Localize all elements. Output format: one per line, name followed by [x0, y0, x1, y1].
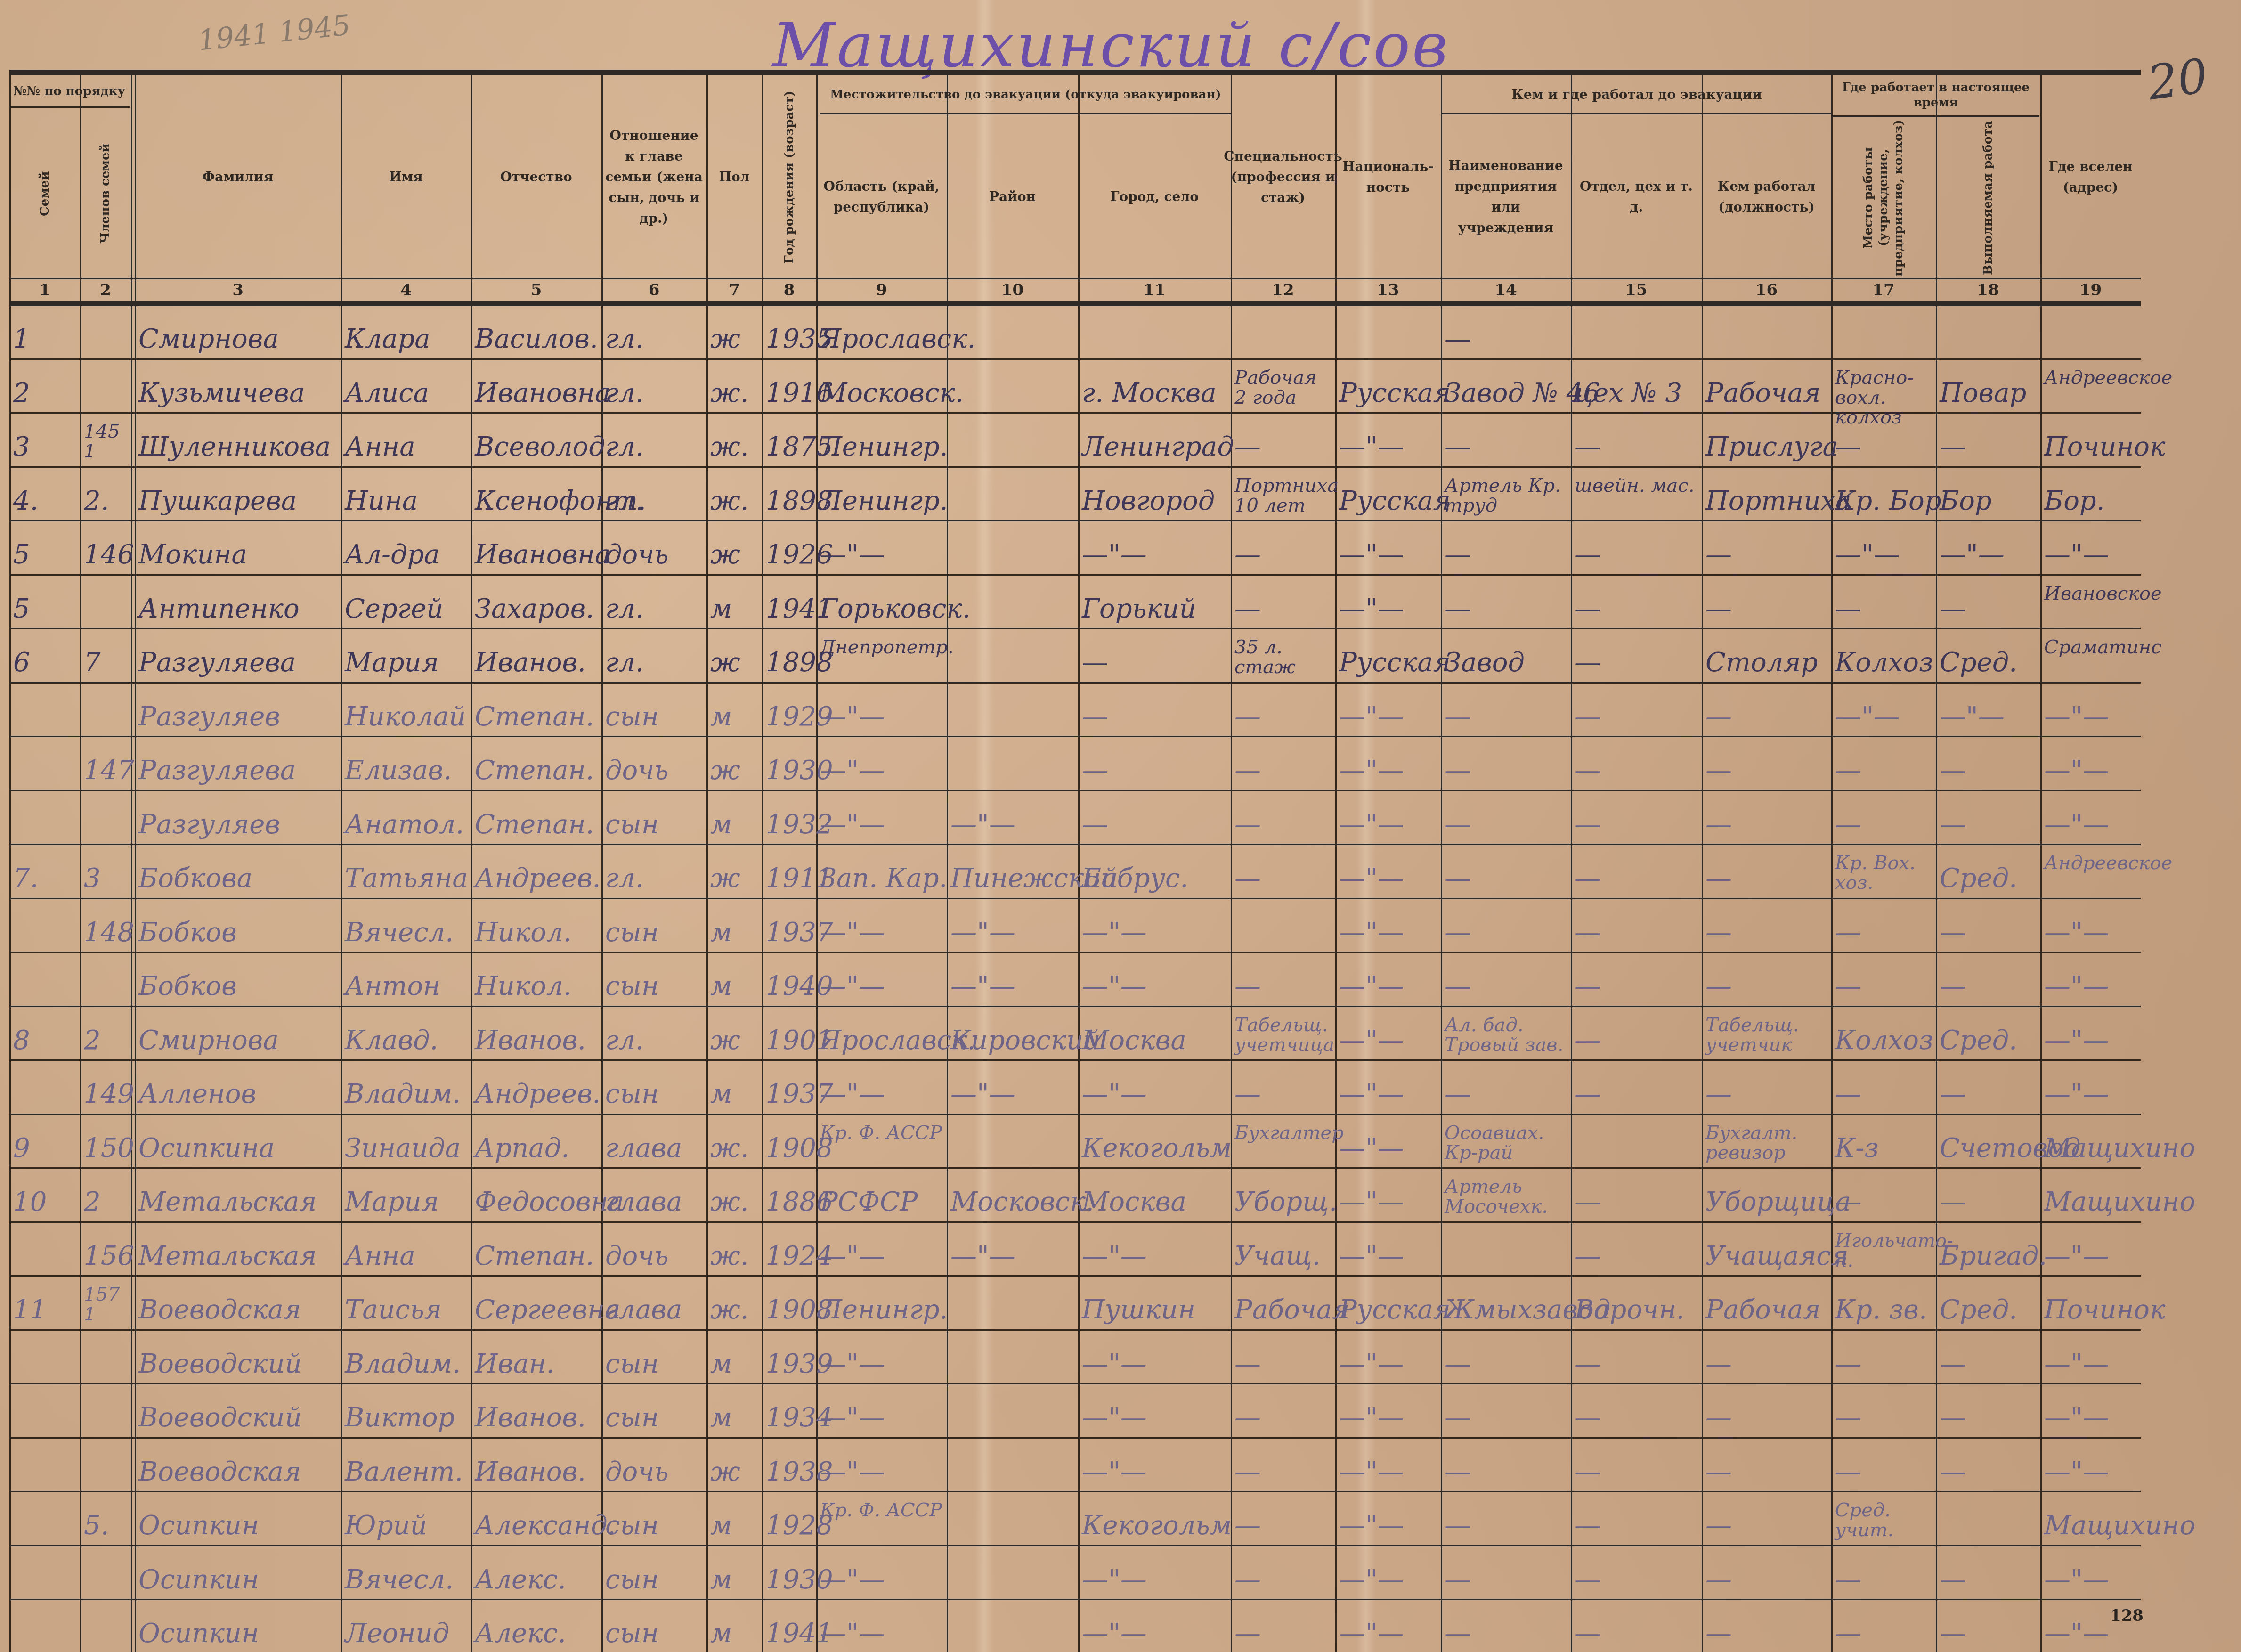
cell-col-4: Татьяна — [345, 864, 469, 893]
cell-col-11: —"— — [1082, 1080, 1229, 1108]
cell-col-3: Смирнова — [138, 1026, 339, 1055]
cell-col-4: Юрий — [345, 1512, 469, 1540]
column-header-6: Отношение к главе семьи (жена сын, дочь … — [603, 76, 705, 278]
cell-col-11: — — [1082, 757, 1229, 785]
column-number-14: 14 — [1441, 281, 1571, 300]
cell-col-7: м — [710, 1566, 760, 1594]
cell-col-12: — — [1234, 864, 1333, 893]
cell-col-8: 1941 — [766, 595, 814, 623]
cell-col-2: 150 — [84, 1134, 129, 1163]
cell-col-15: — — [1575, 811, 1700, 839]
column-rule — [1441, 75, 1442, 1652]
cell-col-16: Рабочая — [1705, 1296, 1829, 1324]
cell-col-12: — — [1234, 757, 1333, 785]
cell-col-13: —"— — [1339, 1566, 1439, 1594]
cell-col-4: Ал-дра — [345, 541, 469, 569]
cell-col-6: сын — [605, 811, 705, 839]
cell-col-16: — — [1705, 972, 1829, 1001]
cell-col-14: — — [1445, 325, 1569, 353]
row-rule — [9, 1545, 2141, 1546]
cell-col-13: —"— — [1339, 919, 1439, 947]
cell-col-4: Анна — [345, 433, 469, 461]
column-header-13: Националь-ность — [1337, 76, 1439, 278]
cell-col-16: — — [1705, 1404, 1829, 1432]
cell-col-16: Прислуга — [1705, 433, 1829, 461]
cell-col-7: ж. — [710, 433, 760, 461]
cell-col-11: — — [1082, 649, 1229, 677]
column-number-4: 4 — [341, 281, 471, 300]
cell-col-14: — — [1445, 864, 1569, 893]
row-rule — [9, 1006, 2141, 1007]
cell-col-4: Виктор — [345, 1404, 469, 1432]
cell-col-16: — — [1705, 1512, 1829, 1540]
column-header-2: Членов семей — [82, 109, 129, 278]
cell-col-16: — — [1705, 1080, 1829, 1108]
cell-col-8: 1924 — [766, 1242, 814, 1270]
cell-col-6: сын — [605, 1566, 705, 1594]
cell-col-15: — — [1575, 1566, 1700, 1594]
cell-col-18: — — [1940, 1566, 2038, 1594]
cell-col-4: Клавд. — [345, 1026, 469, 1055]
cell-col-16: — — [1705, 919, 1829, 947]
cell-col-11: —"— — [1082, 1350, 1229, 1378]
row-rule — [9, 682, 2141, 684]
cell-col-4: Елизав. — [345, 757, 469, 785]
cell-col-3: Разгуляев — [138, 811, 339, 839]
cell-col-13: —"— — [1339, 1512, 1439, 1540]
cell-col-7: ж — [710, 757, 760, 785]
column-number-16: 16 — [1702, 281, 1831, 300]
cell-col-2: 148 — [84, 919, 129, 947]
cell-col-1: 5 — [13, 541, 78, 569]
cell-col-2: 146 — [84, 541, 129, 569]
cell-col-18: Сред. — [1940, 1296, 2038, 1324]
cell-col-2: 157 1 — [84, 1285, 129, 1324]
cell-col-3: Пушкарева — [138, 487, 339, 515]
cell-col-4: Анатол. — [345, 811, 469, 839]
cell-col-3: Осипкин — [138, 1512, 339, 1540]
cell-col-5: Андреев. — [475, 864, 600, 893]
column-number-8: 8 — [762, 281, 816, 300]
cell-col-5: Степан. — [475, 757, 600, 785]
cell-col-15: — — [1575, 919, 1700, 947]
cell-col-9: —"— — [820, 919, 945, 947]
column-rule — [471, 75, 472, 1652]
cell-col-17: Сред. учит. — [1835, 1500, 1934, 1540]
column-header-1: Семей — [11, 109, 78, 278]
cell-col-12: — — [1234, 595, 1333, 623]
row-rule — [9, 1329, 2141, 1331]
cell-col-7: м — [710, 703, 760, 731]
cell-col-15: цех № 3 — [1575, 379, 1700, 407]
cell-col-17: — — [1835, 595, 1934, 623]
cell-col-18: — — [1940, 1080, 2038, 1108]
cell-col-16: Учащаяся — [1705, 1242, 1829, 1270]
cell-col-13: —"— — [1339, 864, 1439, 893]
row-rule — [9, 736, 2141, 737]
cell-col-13: —"— — [1339, 1458, 1439, 1486]
cell-col-17: — — [1835, 1350, 1934, 1378]
column-header-7: Пол — [708, 76, 760, 278]
cell-col-17: Кр. Вох. хоз. — [1835, 853, 1934, 893]
cell-col-8: 1929 — [766, 703, 814, 731]
cell-col-6: гл. — [605, 325, 705, 353]
cell-col-6: сын — [605, 972, 705, 1001]
cell-col-6: сын — [605, 1512, 705, 1540]
column-number-17: 17 — [1831, 281, 1936, 300]
column-rule — [1335, 75, 1337, 1652]
cell-col-17: —"— — [1835, 703, 1934, 731]
cell-col-7: ж — [710, 649, 760, 677]
header-group-numbering: №№ по порядку — [9, 76, 130, 106]
cell-col-9: —"— — [820, 1350, 945, 1378]
cell-col-18: — — [1940, 811, 2038, 839]
cell-col-4: Зинаида — [345, 1134, 469, 1163]
cell-col-18: — — [1940, 1458, 2038, 1486]
cell-col-19: —"— — [2044, 919, 2139, 947]
cell-col-13: Русская — [1339, 379, 1439, 407]
cell-col-18: Счетовод — [1940, 1134, 2038, 1163]
cell-col-11: —"— — [1082, 972, 1229, 1001]
cell-col-18: Сред. — [1940, 649, 2038, 677]
cell-col-4: Владим. — [345, 1350, 469, 1378]
cell-col-19: Бор. — [2044, 487, 2139, 515]
cell-col-1: 7. — [13, 864, 78, 893]
cell-col-15: — — [1575, 649, 1700, 677]
cell-col-12: — — [1234, 1566, 1333, 1594]
cell-col-18: Бригад. — [1940, 1242, 2038, 1270]
cell-col-11: Москва — [1082, 1026, 1229, 1055]
cell-col-10: Пинежский — [950, 864, 1076, 893]
cell-col-8: 1935 — [766, 325, 814, 353]
cell-col-14: Жмыхзавод — [1445, 1296, 1569, 1324]
cell-col-2: 2 — [84, 1188, 129, 1216]
cell-col-8: 1941 — [766, 1619, 814, 1648]
column-rule — [135, 75, 136, 1652]
cell-col-8: 1934 — [766, 1404, 814, 1432]
cell-col-7: ж. — [710, 487, 760, 515]
cell-col-9: Ярославск. — [820, 1026, 945, 1055]
pencil-note: 1941 1945 — [197, 11, 352, 55]
cell-col-7: м — [710, 1512, 760, 1540]
cell-col-4: Нина — [345, 487, 469, 515]
cell-col-17: — — [1835, 1458, 1934, 1486]
cell-col-6: дочь — [605, 1458, 705, 1486]
cell-col-14: — — [1445, 703, 1569, 731]
cell-col-17: Красно-вохл. колхоз — [1835, 368, 1934, 427]
cell-col-13: Русская — [1339, 649, 1439, 677]
cell-col-12: — — [1234, 811, 1333, 839]
column-header-18: Выполняемая работа — [1938, 118, 2038, 278]
cell-col-19: Мащихино — [2044, 1512, 2139, 1540]
cell-col-9: Зап. Кар. — [820, 864, 945, 893]
cell-col-8: 1940 — [766, 972, 814, 1001]
cell-col-8: 1898 — [766, 487, 814, 515]
cell-col-12: Рабочая — [1234, 1296, 1333, 1324]
cell-col-4: Леонид — [345, 1619, 469, 1648]
cell-col-5: Алекс. — [475, 1566, 600, 1594]
cell-col-14: Артель Мосочехк. — [1445, 1177, 1569, 1216]
row-rule — [9, 1114, 2141, 1115]
cell-col-8: 1939 — [766, 1350, 814, 1378]
cell-col-8: 1908 — [766, 1134, 814, 1163]
cell-col-11: Кекогольм — [1082, 1512, 1229, 1540]
cell-col-11: Бабрус. — [1082, 864, 1229, 893]
cell-col-12: — — [1234, 1350, 1333, 1378]
cell-col-9: —"— — [820, 703, 945, 731]
cell-col-9: —"— — [820, 811, 945, 839]
cell-col-13: —"— — [1339, 811, 1439, 839]
cell-col-4: Клара — [345, 325, 469, 353]
cell-col-19: Починок — [2044, 1296, 2139, 1324]
cell-col-9: —"— — [820, 1619, 945, 1648]
row-rule — [9, 1599, 2141, 1600]
column-rule — [2040, 75, 2042, 1652]
cell-col-10: —"— — [950, 1242, 1076, 1270]
cell-col-8: 1937 — [766, 1080, 814, 1108]
cell-col-15: — — [1575, 1188, 1700, 1216]
cell-col-18: — — [1940, 595, 2038, 623]
cell-col-15: — — [1575, 1404, 1700, 1432]
row-rule — [9, 1491, 2141, 1492]
cell-col-12: — — [1234, 1512, 1333, 1540]
column-number-15: 15 — [1571, 281, 1702, 300]
column-header-9: Область (край, республика) — [818, 116, 945, 278]
column-number-1: 1 — [9, 281, 80, 300]
cell-col-6: гл. — [605, 433, 705, 461]
cell-col-16: Портниха — [1705, 487, 1829, 515]
cell-col-15: Варочн. — [1575, 1296, 1700, 1324]
cell-col-16: Табельщ. учетчик — [1705, 1015, 1829, 1055]
cell-col-6: дочь — [605, 1242, 705, 1270]
cell-col-13: —"— — [1339, 703, 1439, 731]
cell-col-11: Новгород — [1082, 487, 1229, 515]
cell-col-5: Сергеевна — [475, 1296, 600, 1324]
cell-col-16: — — [1705, 1350, 1829, 1378]
cell-col-12: — — [1234, 541, 1333, 569]
column-rule — [9, 75, 11, 1652]
cell-col-1: 1 — [13, 325, 78, 353]
cell-col-19: —"— — [2044, 1080, 2139, 1108]
cell-col-3: Антипенко — [138, 595, 339, 623]
cell-col-4: Николай — [345, 703, 469, 731]
cell-col-13: —"— — [1339, 1242, 1439, 1270]
cell-col-16: Столяр — [1705, 649, 1829, 677]
column-number-7: 7 — [706, 281, 762, 300]
cell-col-6: гл. — [605, 487, 705, 515]
cell-col-3: Воеводский — [138, 1350, 339, 1378]
cell-col-15: — — [1575, 1512, 1700, 1540]
cell-col-9: Ленингр. — [820, 433, 945, 461]
cell-col-8: 1875 — [766, 433, 814, 461]
cell-col-4: Вячесл. — [345, 919, 469, 947]
column-header-5: Отчество — [473, 76, 600, 278]
cell-col-7: ж. — [710, 379, 760, 407]
cell-col-6: сын — [605, 919, 705, 947]
cell-col-12: Портниха 10 лет — [1234, 476, 1333, 515]
column-rule — [762, 75, 763, 1652]
cell-col-14: — — [1445, 1350, 1569, 1378]
cell-col-7: ж — [710, 541, 760, 569]
cell-col-17: — — [1835, 1566, 1934, 1594]
cell-col-6: дочь — [605, 757, 705, 785]
cell-col-9: Ленингр. — [820, 487, 945, 515]
cell-col-17: — — [1835, 1619, 1934, 1648]
row-rule — [9, 1437, 2141, 1439]
cell-col-5: Захаров. — [475, 595, 600, 623]
cell-col-10: —"— — [950, 972, 1076, 1001]
column-rule — [1831, 75, 1833, 1652]
cell-col-18: — — [1940, 757, 2038, 785]
cell-col-17: — — [1835, 811, 1934, 839]
cell-col-3: Разгуляев — [138, 703, 339, 731]
cell-col-13: —"— — [1339, 1188, 1439, 1216]
cell-col-16: Бухгалт. ревизор — [1705, 1123, 1829, 1163]
cell-col-1: 5 — [13, 595, 78, 623]
cell-col-9: Ленингр. — [820, 1296, 945, 1324]
cell-col-5: Александ. — [475, 1512, 600, 1540]
cell-col-11: —"— — [1082, 1242, 1229, 1270]
cell-col-4: Валент. — [345, 1458, 469, 1486]
cell-col-6: сын — [605, 1350, 705, 1378]
cell-col-16: — — [1705, 703, 1829, 731]
cell-col-11: —"— — [1082, 1619, 1229, 1648]
cell-col-14: Осоавиах. Кр-рай — [1445, 1123, 1569, 1163]
cell-col-2: 5. — [84, 1512, 129, 1540]
cell-col-3: Алленов — [138, 1080, 339, 1108]
cell-col-19: —"— — [2044, 1026, 2139, 1055]
cell-col-15: — — [1575, 595, 1700, 623]
cell-col-9: Московск. — [820, 379, 945, 407]
column-header-8: Год рождения (возраст) — [764, 76, 814, 278]
cell-col-1: 6 — [13, 649, 78, 677]
cell-col-8: 1886 — [766, 1188, 814, 1216]
cell-col-7: ж — [710, 325, 760, 353]
cell-col-10: —"— — [950, 811, 1076, 839]
cell-col-14: — — [1445, 972, 1569, 1001]
cell-col-4: Сергей — [345, 595, 469, 623]
cell-col-14: — — [1445, 919, 1569, 947]
cell-col-5: Алекс. — [475, 1619, 600, 1648]
column-rule — [341, 75, 342, 1652]
cell-col-9: РСФСР — [820, 1188, 945, 1216]
cell-col-7: м — [710, 1404, 760, 1432]
row-rule — [9, 358, 2141, 360]
cell-col-14: — — [1445, 1404, 1569, 1432]
cell-col-7: ж — [710, 1458, 760, 1486]
cell-col-2: 2 — [84, 1026, 129, 1055]
column-rule — [131, 75, 132, 1652]
cell-col-11: —"— — [1082, 1404, 1229, 1432]
cell-col-9: —"— — [820, 757, 945, 785]
cell-col-11: г. Москва — [1082, 379, 1229, 407]
cell-col-15: — — [1575, 1080, 1700, 1108]
cell-col-14: — — [1445, 1566, 1569, 1594]
cell-col-6: глава — [605, 1188, 705, 1216]
column-rule — [601, 75, 603, 1652]
column-number-2: 2 — [80, 281, 131, 300]
cell-col-19: —"— — [2044, 1458, 2139, 1486]
header-rule — [9, 106, 130, 108]
cell-col-9: —"— — [820, 1458, 945, 1486]
cell-col-7: ж — [710, 864, 760, 893]
cell-col-4: Вячесл. — [345, 1566, 469, 1594]
column-number-10: 10 — [947, 281, 1078, 300]
cell-col-5: Иван. — [475, 1350, 600, 1378]
cell-col-4: Антон — [345, 972, 469, 1001]
census-form-sheet: 1941 1945 Мащихинский с/сов 20 128 №№ по… — [0, 0, 2241, 1652]
cell-col-16: — — [1705, 1566, 1829, 1594]
cell-col-9: —"— — [820, 541, 945, 569]
cell-col-1: 4. — [13, 487, 78, 515]
cell-col-6: глава — [605, 1134, 705, 1163]
cell-col-12: Бухгалтер — [1234, 1123, 1333, 1143]
cell-col-17: Колхоз — [1835, 649, 1934, 677]
cell-col-19: Мащихино — [2044, 1134, 2139, 1163]
row-rule — [9, 1167, 2141, 1169]
column-number-5: 5 — [471, 281, 601, 300]
cell-col-3: Бобкова — [138, 864, 339, 893]
cell-col-19: —"— — [2044, 1566, 2139, 1594]
cell-col-12: — — [1234, 1619, 1333, 1648]
cell-col-8: 1938 — [766, 1458, 814, 1486]
column-header-11: Город, село — [1080, 116, 1229, 278]
cell-col-8: 1926 — [766, 541, 814, 569]
cell-col-6: гл. — [605, 1026, 705, 1055]
cell-col-15: — — [1575, 1242, 1700, 1270]
cell-col-15: — — [1575, 864, 1700, 893]
cell-col-16: — — [1705, 757, 1829, 785]
cell-col-19: —"— — [2044, 1242, 2139, 1270]
cell-col-1: 10 — [13, 1188, 78, 1216]
cell-col-15: — — [1575, 972, 1700, 1001]
column-header-3: Фамилия — [137, 76, 339, 278]
cell-col-14: — — [1445, 595, 1569, 623]
column-number-19: 19 — [2040, 281, 2141, 300]
column-rule — [1571, 75, 1572, 1652]
cell-col-5: Иванов. — [475, 1026, 600, 1055]
cell-col-4: Анна — [345, 1242, 469, 1270]
cell-col-18: — — [1940, 919, 2038, 947]
cell-col-3: Осипкин — [138, 1619, 339, 1648]
cell-col-17: Кр. зв. — [1835, 1296, 1934, 1324]
cell-col-18: Бор — [1940, 487, 2038, 515]
cell-col-1: 9 — [13, 1134, 78, 1163]
column-rule — [1702, 75, 1703, 1652]
cell-col-19: Мащихино — [2044, 1188, 2139, 1216]
cell-col-4: Мария — [345, 1188, 469, 1216]
cell-col-3: Воеводская — [138, 1296, 339, 1324]
cell-col-7: м — [710, 972, 760, 1001]
cell-col-19: —"— — [2044, 811, 2139, 839]
cell-col-16: — — [1705, 1458, 1829, 1486]
cell-col-6: сын — [605, 1080, 705, 1108]
cell-col-3: Кузьмичева — [138, 379, 339, 407]
cell-col-14: — — [1445, 757, 1569, 785]
cell-col-2: 2. — [84, 487, 129, 515]
cell-col-11: Пушкин — [1082, 1296, 1229, 1324]
column-header-14: Наименование предприятия или учреждения — [1443, 116, 1569, 278]
cell-col-17: — — [1835, 972, 1934, 1001]
cell-col-13: —"— — [1339, 757, 1439, 785]
column-number-11: 11 — [1078, 281, 1231, 300]
cell-col-10: —"— — [950, 1080, 1076, 1108]
cell-col-18: —"— — [1940, 541, 2038, 569]
cell-col-3: Осипкина — [138, 1134, 339, 1163]
row-rule — [9, 1383, 2141, 1384]
cell-col-12: — — [1234, 1404, 1333, 1432]
column-header-4: Имя — [343, 76, 469, 278]
